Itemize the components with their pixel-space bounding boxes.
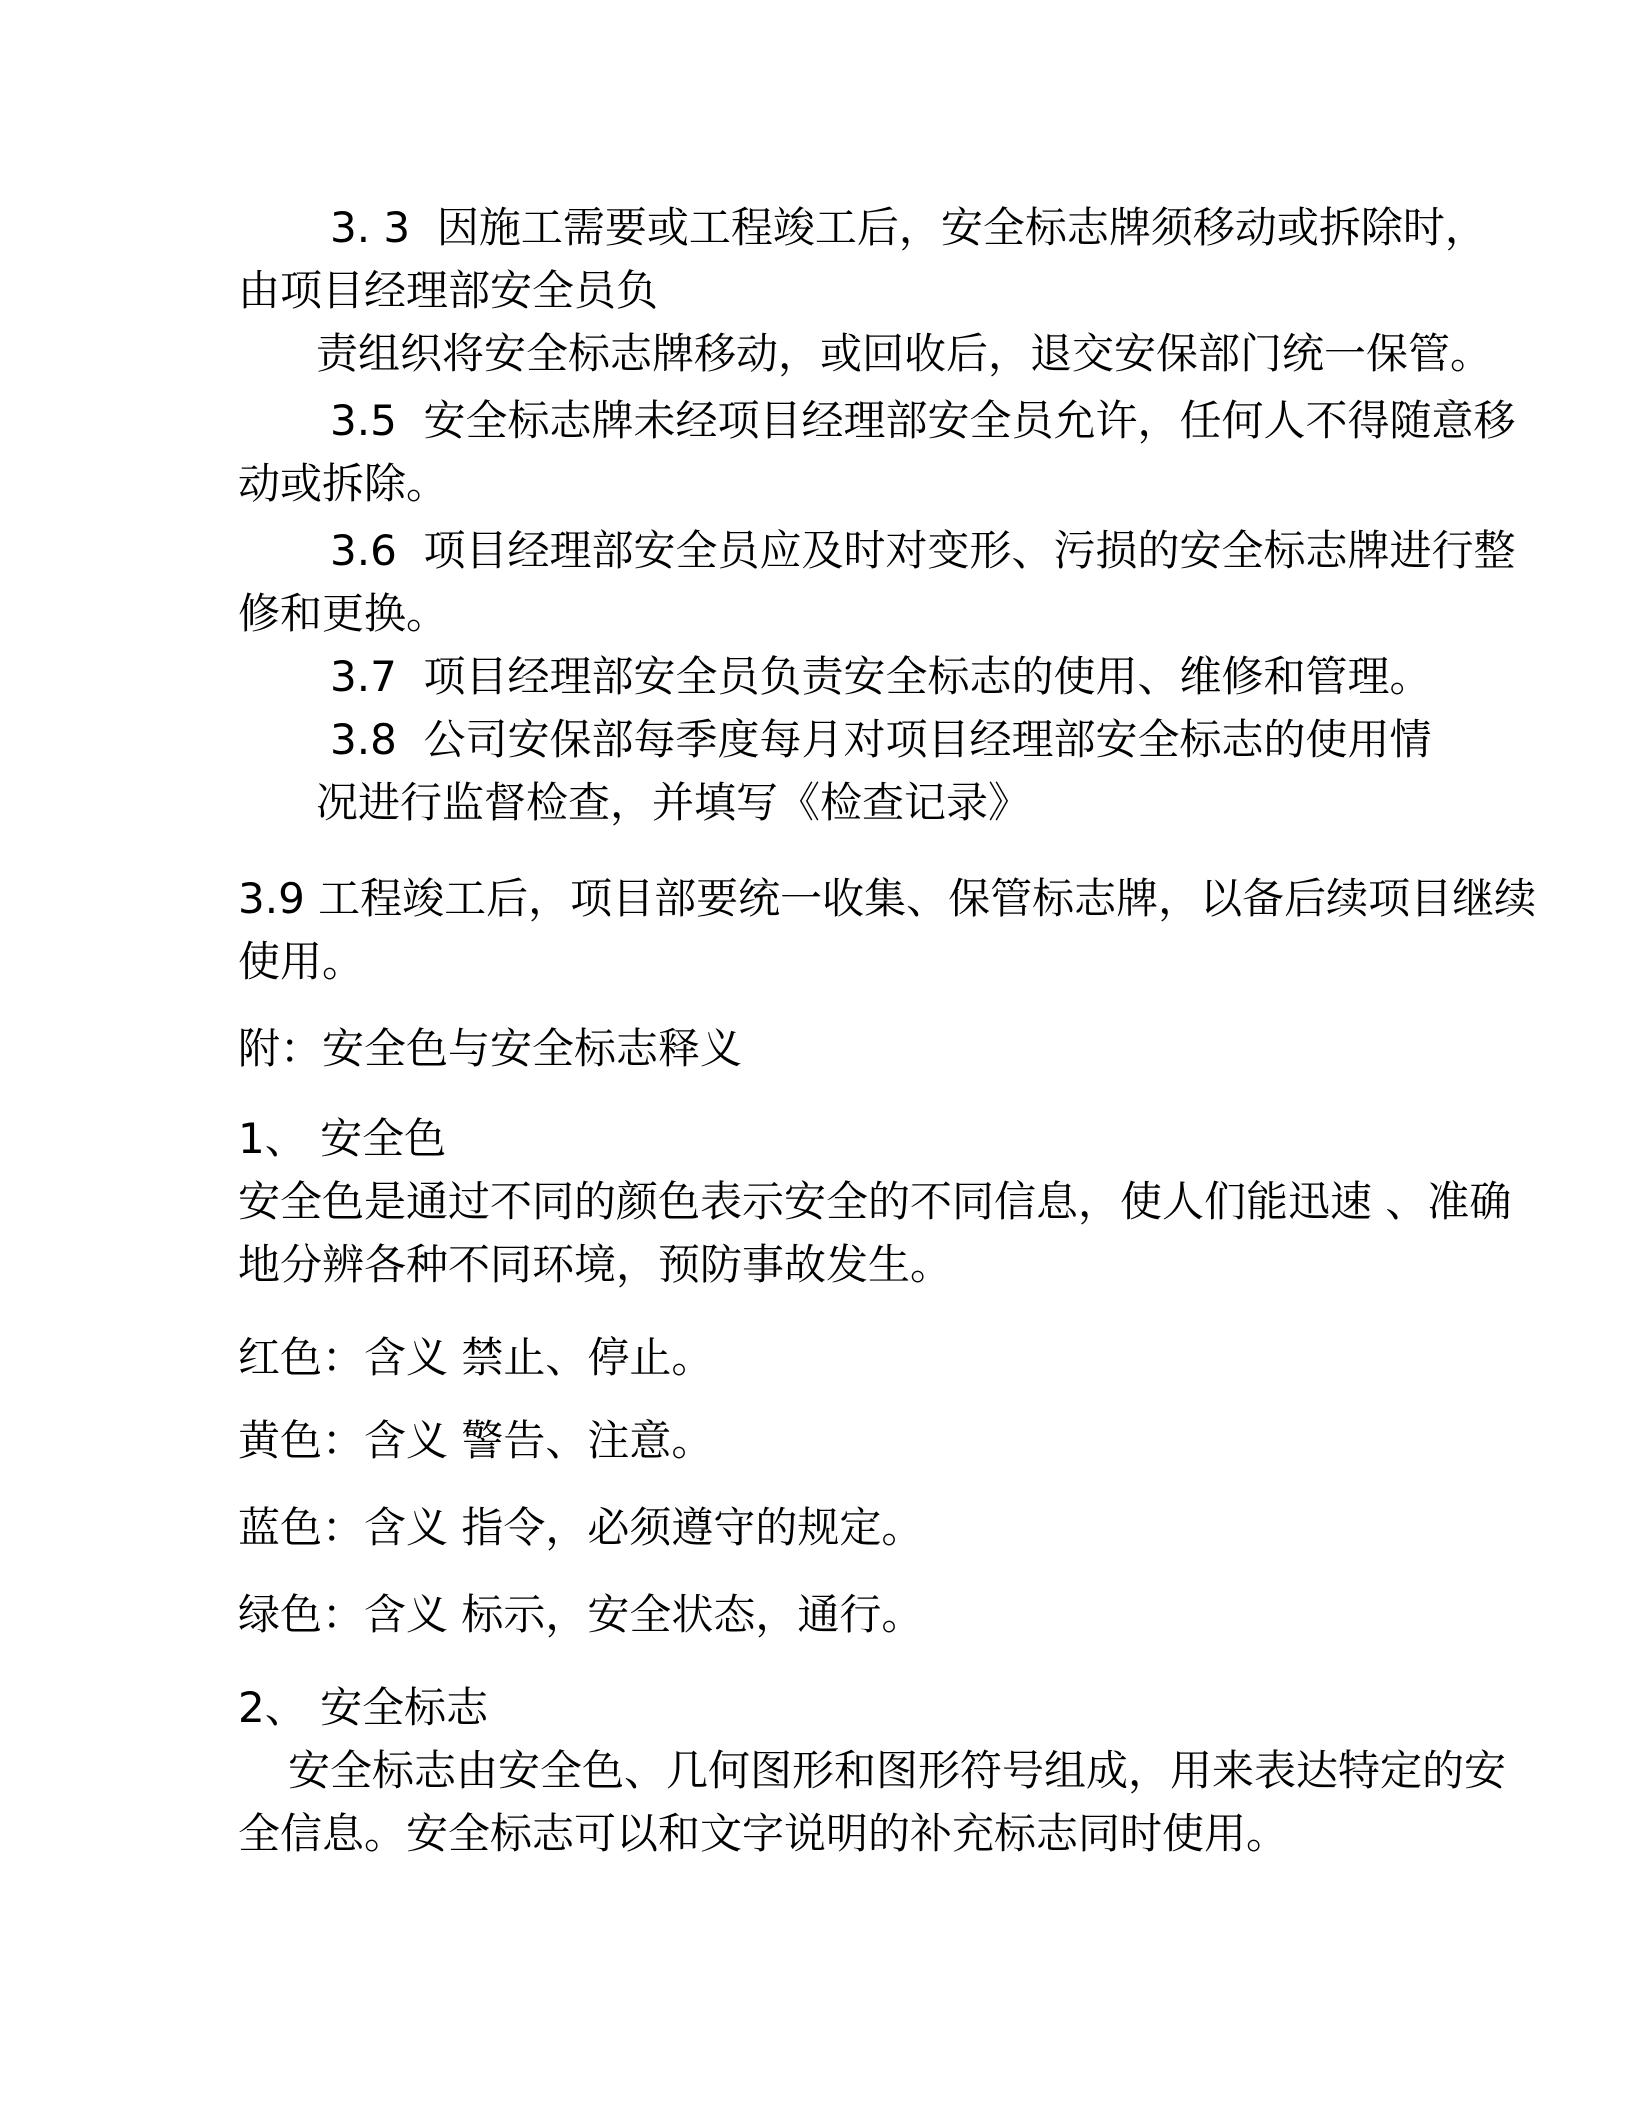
text-line-clause-3-5: 3.5 安全标志牌未经项目经理部安全员允许，任何人不得随意移 xyxy=(330,389,1632,452)
text-line-clause-3-6-cont: 修和更换。 xyxy=(238,582,1632,645)
text-line-clause-3-8-cont: 况进行监督检查，并填写《检查记录》 xyxy=(316,771,1632,834)
text-line-clause-3-7: 3.7 项目经理部安全员负责安全标志的使用、维修和管理。 xyxy=(330,645,1632,708)
text-line-clause-3-3-cont: 由项目经理部安全员负 xyxy=(238,259,1632,322)
text-line-color-blue: 蓝色：含义 指令，必须遵守的规定。 xyxy=(238,1496,1632,1559)
text-line-clause-3-8: 3.8 公司安保部每季度每月对项目经理部安全标志的使用情 xyxy=(330,708,1632,771)
text-line-safety-color-desc-cont: 地分辨各种不同环境，预防事故发生。 xyxy=(238,1233,1632,1296)
text-line-color-red: 红色：含义 禁止、停止。 xyxy=(238,1326,1632,1389)
text-line-safety-sign-desc-cont: 全信息。安全标志可以和文字说明的补充标志同时使用。 xyxy=(238,1802,1632,1865)
text-line-color-green: 绿色：含义 标示，安全状态，通行。 xyxy=(238,1583,1632,1646)
text-line-clause-3-9-cont: 使用。 xyxy=(238,930,1632,993)
text-line-clause-3-3-cont2: 责组织将安全标志牌移动，或回收后，退交安保部门统一保管。 xyxy=(316,322,1632,385)
text-line-clause-3-9: 3.9 工程竣工后，项目部要统一收集、保管标志牌，以备后续项目继续 xyxy=(238,867,1632,930)
text-line-clause-3-3: 3. 3 因施工需要或工程竣工后，安全标志牌须移动或拆除时， xyxy=(330,196,1632,259)
text-line-clause-3-5-cont: 动或拆除。 xyxy=(238,452,1632,515)
text-line-color-yellow: 黄色：含义 警告、注意。 xyxy=(238,1409,1632,1472)
text-line-appendix-title: 附：安全色与安全标志释义 xyxy=(238,1017,1632,1080)
text-line-section-2-heading: 2、 安全标志 xyxy=(238,1676,1632,1739)
text-line-safety-sign-desc: 安全标志由安全色、几何图形和图形符号组成，用来表达特定的安 xyxy=(288,1739,1632,1802)
document-page: 3. 3 因施工需要或工程竣工后，安全标志牌须移动或拆除时， 由项目经理部安全员… xyxy=(0,0,1632,2112)
text-line-clause-3-6: 3.6 项目经理部安全员应及时对变形、污损的安全标志牌进行整 xyxy=(330,519,1632,582)
text-line-section-1-heading: 1、 安全色 xyxy=(238,1107,1632,1170)
text-line-safety-color-desc: 安全色是通过不同的颜色表示安全的不同信息，使人们能迅速 、准确 xyxy=(238,1170,1632,1233)
